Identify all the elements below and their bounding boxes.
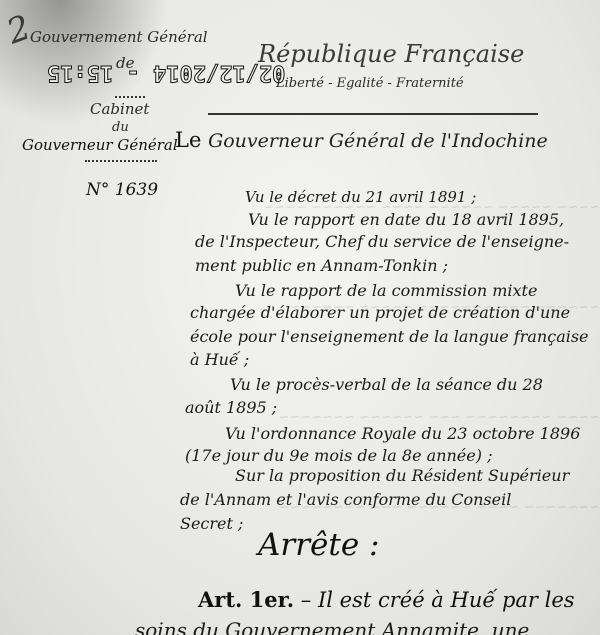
body-line: Vu l'ordonnance Royale du 23 octobre 189… xyxy=(225,424,580,443)
article-continuation: soins du Gouvernement Annamite, une xyxy=(135,618,529,635)
decorative-underline xyxy=(115,94,145,98)
article-text: – Il est créé à Huế par les xyxy=(301,588,575,612)
body-line: Vu le rapport en date du 18 avril 1895, xyxy=(248,210,564,229)
decree-heading-arrete: Arrête : xyxy=(258,527,379,563)
body-line: ment public en Annam-Tonkin ; xyxy=(195,256,448,275)
body-line: Sur la proposition du Résident Supérieur xyxy=(235,466,569,485)
header-du: du xyxy=(112,120,129,135)
date-time-stamp: 02/12/2014 - 15:15 xyxy=(47,60,285,85)
body-line: de l'Annam et l'avis conforme du Conseil xyxy=(180,490,511,509)
republic-motto: Liberté - Egalité - Fraternité xyxy=(276,76,464,91)
body-line: Vu le procès-verbal de la séance du 28 xyxy=(230,375,543,394)
decorative-underline xyxy=(85,158,157,162)
body-line: école pour l'enseignement de la langue f… xyxy=(190,327,589,346)
article-label: Art. 1er. xyxy=(198,587,294,612)
body-line: chargée d'élaborer un projet de création… xyxy=(190,303,570,322)
body-line: Vu le rapport de la commission mixte xyxy=(235,281,537,300)
article-1: Art. 1er. – Il est créé à Huế par les xyxy=(198,587,575,612)
body-line: Vu le décret du 21 avril 1891 ; xyxy=(245,188,476,206)
body-line: Secret ; xyxy=(180,514,243,533)
republique-francaise-heading: République Française xyxy=(258,40,524,68)
horizontal-rule xyxy=(208,113,538,115)
body-line: à Huế ; xyxy=(190,350,249,369)
scanned-document-page: ~~~~ ~~~~~ ~~~~~~ ~~~~ ~~~~~~ ~~~~ ~~~~~… xyxy=(0,0,600,635)
header-gouvernement-general: Gouvernement Général xyxy=(30,28,208,46)
governor-title-rest: Gouverneur Général de l'Indochine xyxy=(208,130,548,152)
body-line: (17e jour du 9e mois de la 8e année) ; xyxy=(185,446,492,465)
bleed-through-text: ~~~~ ~~~~~~~~ ~~~ ~~~~~~ ~~~~~~~ xyxy=(0,410,600,425)
body-line: août 1895 ; xyxy=(185,398,277,417)
header-gouverneur-general: Gouverneur Général xyxy=(22,136,178,154)
reference-number: N° 1639 xyxy=(86,180,158,200)
governor-general-title: Le Gouverneur Général de l'Indochine xyxy=(175,128,548,152)
body-line: de l'Inspecteur, Chef du service de l'en… xyxy=(195,232,569,251)
header-cabinet: Cabinet xyxy=(90,100,149,118)
governor-title-lead: Le xyxy=(175,128,201,152)
